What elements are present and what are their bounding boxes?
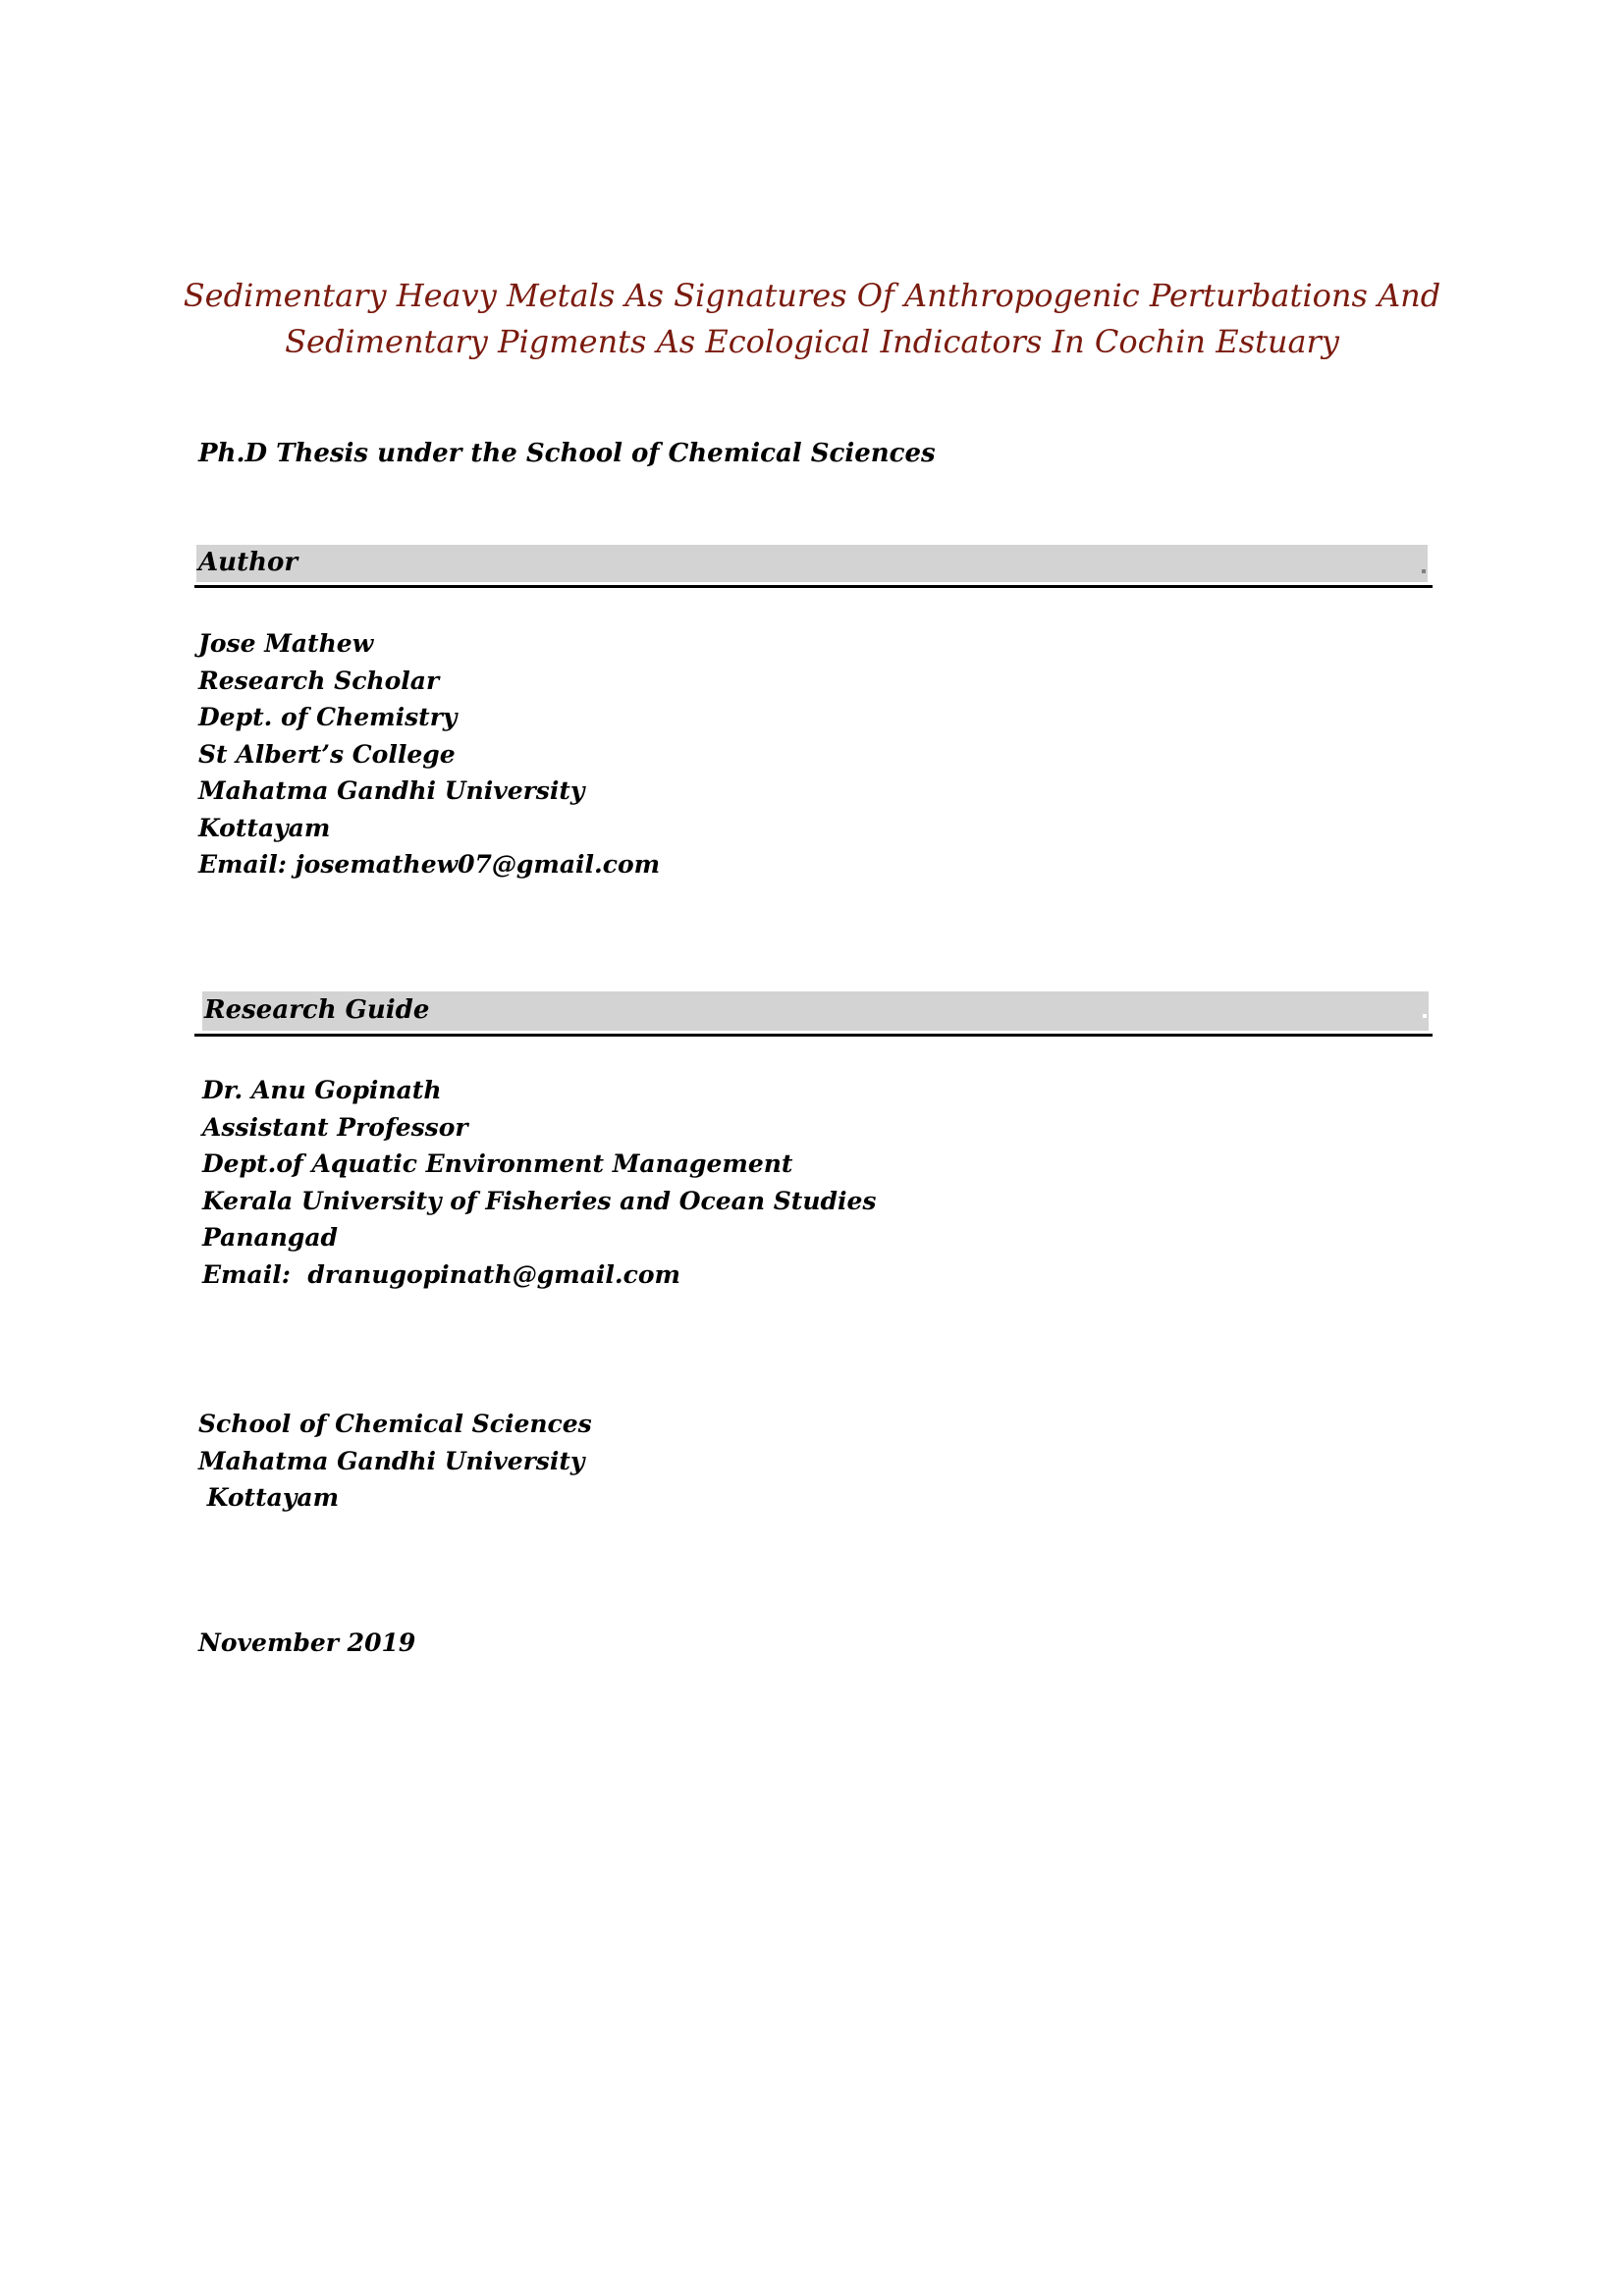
guide-section-heading: Research Guide [204,995,429,1025]
author-section-bar [196,545,1428,582]
guide-department: Dept.of Aquatic Environment Management [202,1146,876,1183]
author-college: St Albert’s College [198,736,660,774]
author-city: Kottayam [198,810,660,847]
guide-section-rule [194,1034,1433,1037]
guide-role: Assistant Professor [202,1109,876,1147]
author-university: Mahatma Gandhi University [198,773,660,810]
guide-email: Email: dranugopinath@gmail.com [202,1256,876,1294]
submission-date: November 2019 [198,1625,415,1662]
institution-city: Kottayam [198,1479,592,1517]
thesis-subtitle: Ph.D Thesis under the School of Chemical… [198,439,936,468]
guide-city: Panangad [202,1219,876,1256]
author-section-heading: Author [198,548,298,577]
author-section-rule [194,585,1433,588]
institution-university: Mahatma Gandhi University [198,1443,592,1480]
guide-details: Dr. Anu Gopinath Assistant Professor Dep… [202,1072,876,1293]
institution-block: School of Chemical Sciences Mahatma Gand… [198,1406,592,1517]
author-bar-marker [1422,569,1426,573]
thesis-title-line-2: Sedimentary Pigments As Ecological Indic… [0,324,1624,360]
author-name: Jose Mathew [198,625,660,663]
guide-name: Dr. Anu Gopinath [202,1072,876,1109]
thesis-title-line-1: Sedimentary Heavy Metals As Signatures O… [0,278,1624,314]
institution-school: School of Chemical Sciences [198,1406,592,1443]
guide-bar-marker [1423,1014,1427,1018]
guide-university: Kerala University of Fisheries and Ocean… [202,1183,876,1220]
author-email: Email: josemathew07@gmail.com [198,846,660,883]
author-department: Dept. of Chemistry [198,699,660,736]
author-details: Jose Mathew Research Scholar Dept. of Ch… [198,625,660,883]
date-text: November 2019 [198,1625,415,1662]
author-role: Research Scholar [198,663,660,700]
